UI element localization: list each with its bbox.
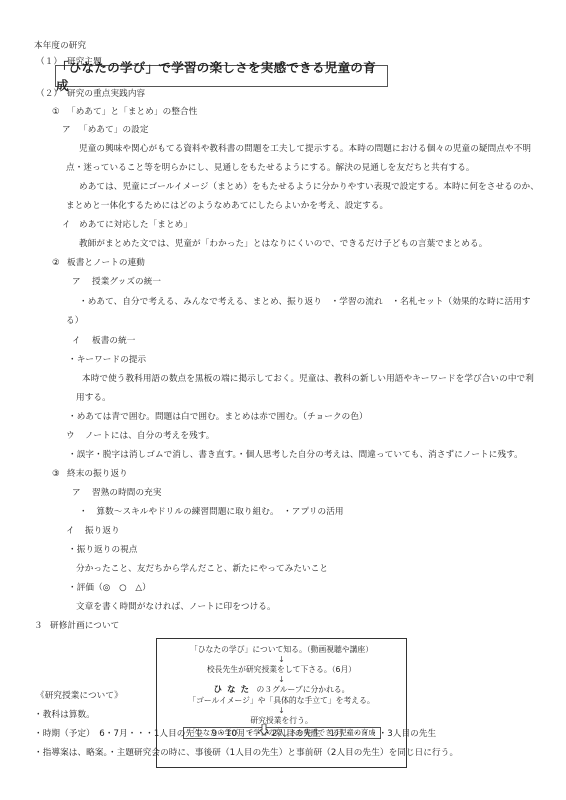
section3-number: ３ (34, 620, 43, 632)
plan-step-3: ひなた の３グループに分かれる。 (157, 685, 406, 695)
item1b-line-1: 教師がまとめた文では、児童が「わかった」とはなりにくいので、できるだけ子どもの言… (79, 238, 487, 250)
plan-arrow-icon: ↓ (157, 675, 406, 685)
item1-marker: ① (52, 106, 60, 118)
item2-marker: ② (52, 257, 60, 269)
item1a-line-1: 児童の興味や関心がもてる資料や教科書の問題を工夫して提示する。本時の問題における… (79, 143, 531, 155)
plan-step-3-text: の３グループに分かれる。 (257, 685, 350, 694)
lesson-title: 《研究授業について》 (36, 690, 123, 702)
item1-title: 「めあて」と「まとめ」の整合性 (67, 106, 197, 118)
item1a-line-4: まとめと一体化するためにはどのようなめあてにしたらよいかを考え、設定する。 (66, 200, 388, 212)
item2-title: 板書とノートの連動 (67, 257, 145, 269)
item3a-marker: ア (72, 487, 81, 499)
item1b-title: めあてに対応した「まとめ」 (79, 219, 192, 231)
item1a-marker: ア (62, 124, 71, 136)
section2-number: （２） (36, 88, 62, 100)
plan-arrow-icon: ↓ (157, 655, 406, 665)
plan-step-2: 校長先生が研究授業をして下さる。（6月） (157, 665, 406, 675)
item1a-line-3: めあては、児童にゴールイメージ（まとめ）をもたせるように分かりやすい表現で設定す… (79, 181, 539, 193)
plan-step-5: 研究授業を行う。 (157, 716, 406, 726)
plan-arrow-icon: ↓ (157, 706, 406, 716)
item2a-line-1: ・めあて、自分で考える、みんなで考える、まとめ、振り返り ・学習の流れ ・名札セ… (79, 296, 531, 308)
item2c-bullet: ・誤字・脱字は消しゴムで消し、書き直す。・個人思考した自分の考えは、間違っていて… (68, 449, 523, 461)
item3-marker: ③ (52, 468, 60, 480)
item3-title: 終末の振り返り (67, 468, 128, 480)
item2b-line-1: 本時で使う教科用語の数点を黒板の端に掲示しておく。児童は、教科の新しい用語やキー… (82, 373, 534, 385)
plan-step-1: 「ひなたの学び」について知る。（動画視聴や講座） (157, 645, 406, 655)
item2c-marker: ウ (66, 430, 75, 442)
item2a-title: 授業グッズの統一 (92, 276, 161, 288)
item3b-line-2: 文章を書く時間がなければ、ノートに印をつける。 (76, 601, 276, 613)
plan-step-4: 「ゴールイメージ」や「具体的な手立て」を考える。 (157, 696, 406, 706)
section2-title: 研究の重点実践内容 (67, 88, 145, 100)
item2b-marker: イ (72, 335, 81, 347)
item3a-line: ・ 算数～スキルやドリルの練習問題に取り組む。 ・アプリの活用 (79, 506, 344, 518)
lesson-line-3: ・指導案は、略案。・主題研究会の時に、事後研（1人目の先生）と事前研（2人目の先… (34, 747, 458, 759)
item3b-bullet-1: ・振り返りの視点 (68, 544, 138, 556)
item1a-line-2: 点・迷っていること等を明らかにし、見通しをもたせるようにする。解決の見通しを友だ… (66, 162, 475, 174)
item2b-bullet-1: ・キーワードの提示 (68, 354, 146, 366)
item3b-bullet-2: ・評価（◎ ○ △） (68, 582, 151, 594)
item3b-marker: イ (66, 525, 75, 537)
lesson-line-1: ・教科は算数。 (34, 709, 95, 721)
item3b-title: 振り返り (85, 525, 120, 537)
research-theme-box: 「ひなたの学び」で学習の楽しさを実感できる児童の育成 (55, 65, 388, 87)
item2b-line-2: 用する。 (76, 392, 111, 404)
item1a-title: 「めあて」の設定 (79, 124, 149, 136)
item2b-title: 板書の統一 (92, 335, 135, 347)
item2a-line-2: る） (66, 315, 83, 327)
hinata-group-icons: ひなた (214, 685, 255, 695)
item2c-title: ノートには、自分の考えを残す。 (85, 430, 214, 442)
item3a-title: 習熟の時間の充実 (92, 487, 162, 499)
item3b-line-1: 分かったこと、友だちから学んだこと、新たにやってみたいこと (76, 563, 328, 575)
document-heading: 本年度の研究 (34, 40, 86, 52)
item2a-marker: ア (72, 276, 81, 288)
lesson-line-2: ・時期（予定） 6・7月・・・1人目の先生 9・10月・・・2人目の先生 1月・… (34, 728, 436, 740)
item2b-bullet-2: ・めあては青で囲む。問題は白で囲む。まとめは赤で囲む。（チョークの色） (68, 411, 368, 423)
item1b-marker: イ (62, 219, 71, 231)
section3-title: 研修計画について (50, 620, 119, 632)
